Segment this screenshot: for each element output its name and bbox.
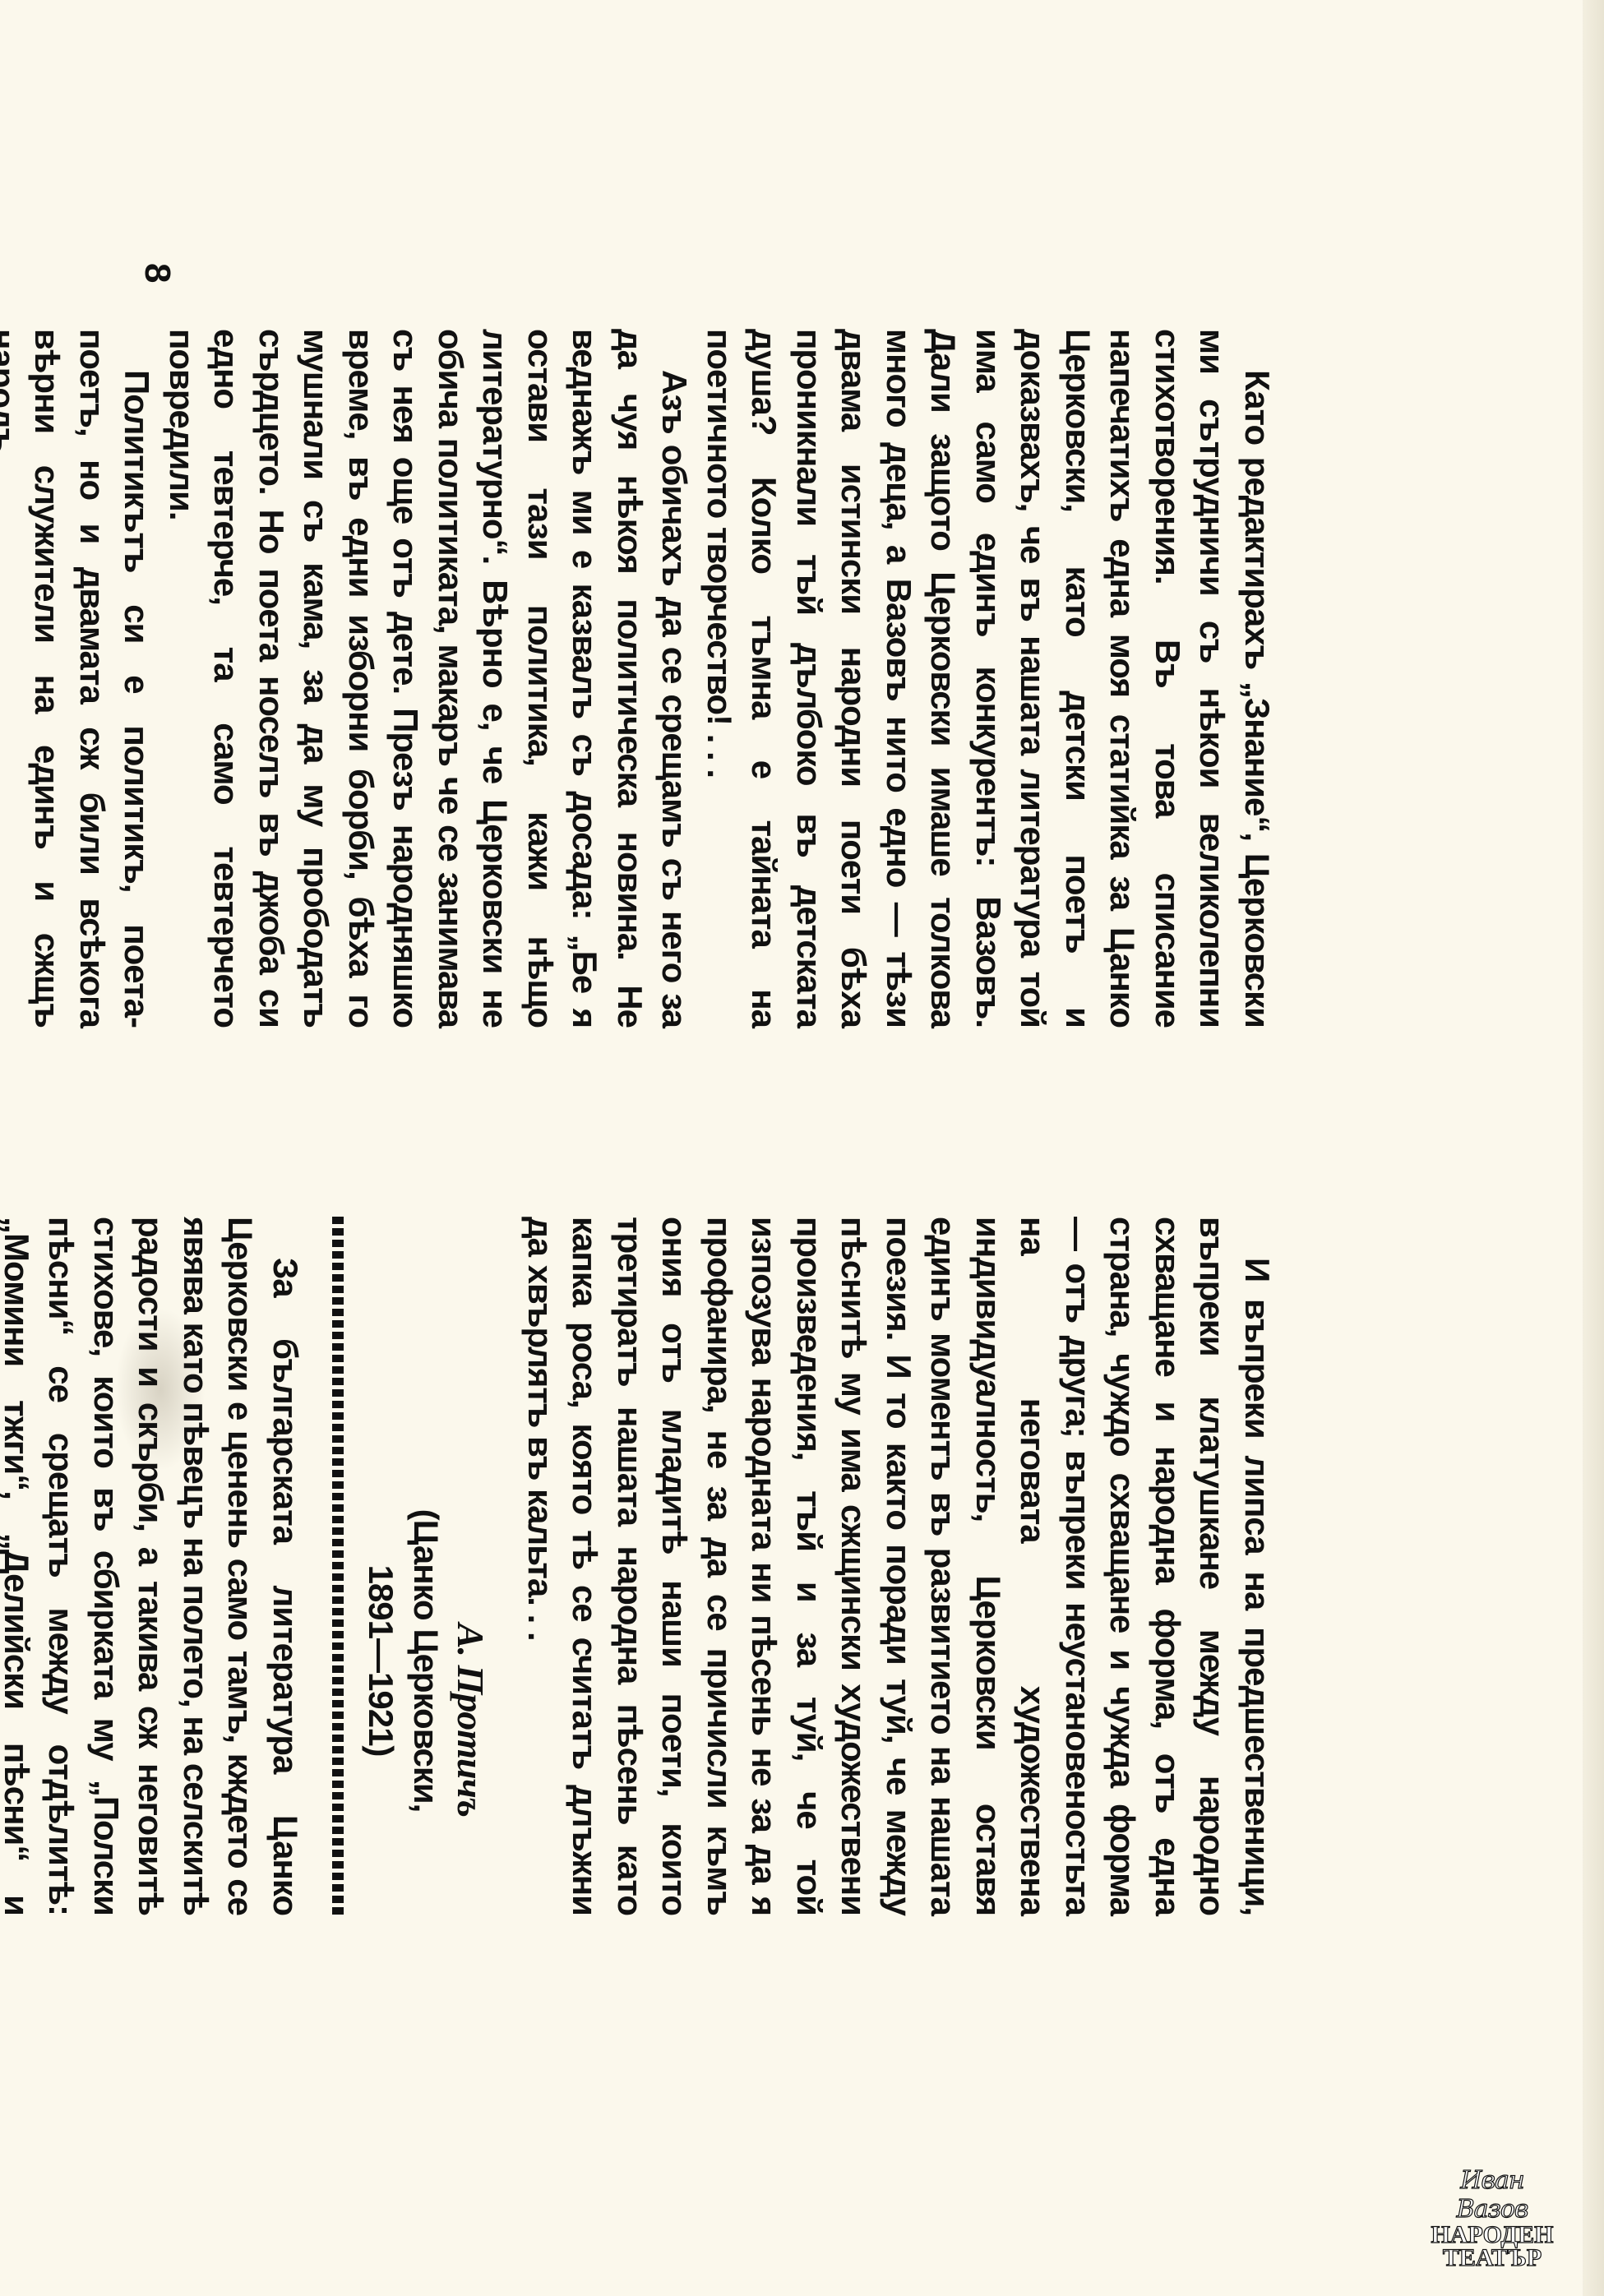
paragraph: Азъ обичахъ да се срещамъ съ него за да … bbox=[159, 329, 697, 1028]
left-column: Като редактирахъ „Знание“, Церковски ми … bbox=[0, 329, 1279, 1028]
signature-years: 1891—1921) bbox=[358, 1217, 404, 1915]
right-column: И въпреки липса на предшественици, въпре… bbox=[0, 1217, 1279, 1915]
signature-author: А. Протичъ bbox=[448, 1217, 493, 1915]
logo-line-2: ТЕАТЪР bbox=[1426, 2247, 1558, 2270]
paragraph: За българската литература Цанко Церковск… bbox=[0, 1217, 307, 1915]
rotated-page: 8 Като редактирахъ „Знание“, Церковски м… bbox=[0, 0, 1604, 2296]
logo-script: Иван Вазов bbox=[1426, 2166, 1558, 2224]
paragraph: И въпреки липса на предшественици, въпре… bbox=[518, 1217, 1280, 1915]
logo-line-1: НАРОДЕН bbox=[1426, 2224, 1558, 2247]
page-number: 8 bbox=[136, 263, 178, 283]
theatre-logo: Иван Вазов НАРОДЕН ТЕАТЪР bbox=[1426, 2166, 1558, 2270]
paragraph: Политикътъ си е политикъ, поета-поетъ, н… bbox=[0, 329, 159, 1028]
paragraph: Като редактирахъ „Знание“, Церковски ми … bbox=[697, 329, 1280, 1028]
signature-source: (Цанко Церковски, bbox=[404, 1217, 449, 1915]
dotted-separator bbox=[332, 1217, 344, 1915]
